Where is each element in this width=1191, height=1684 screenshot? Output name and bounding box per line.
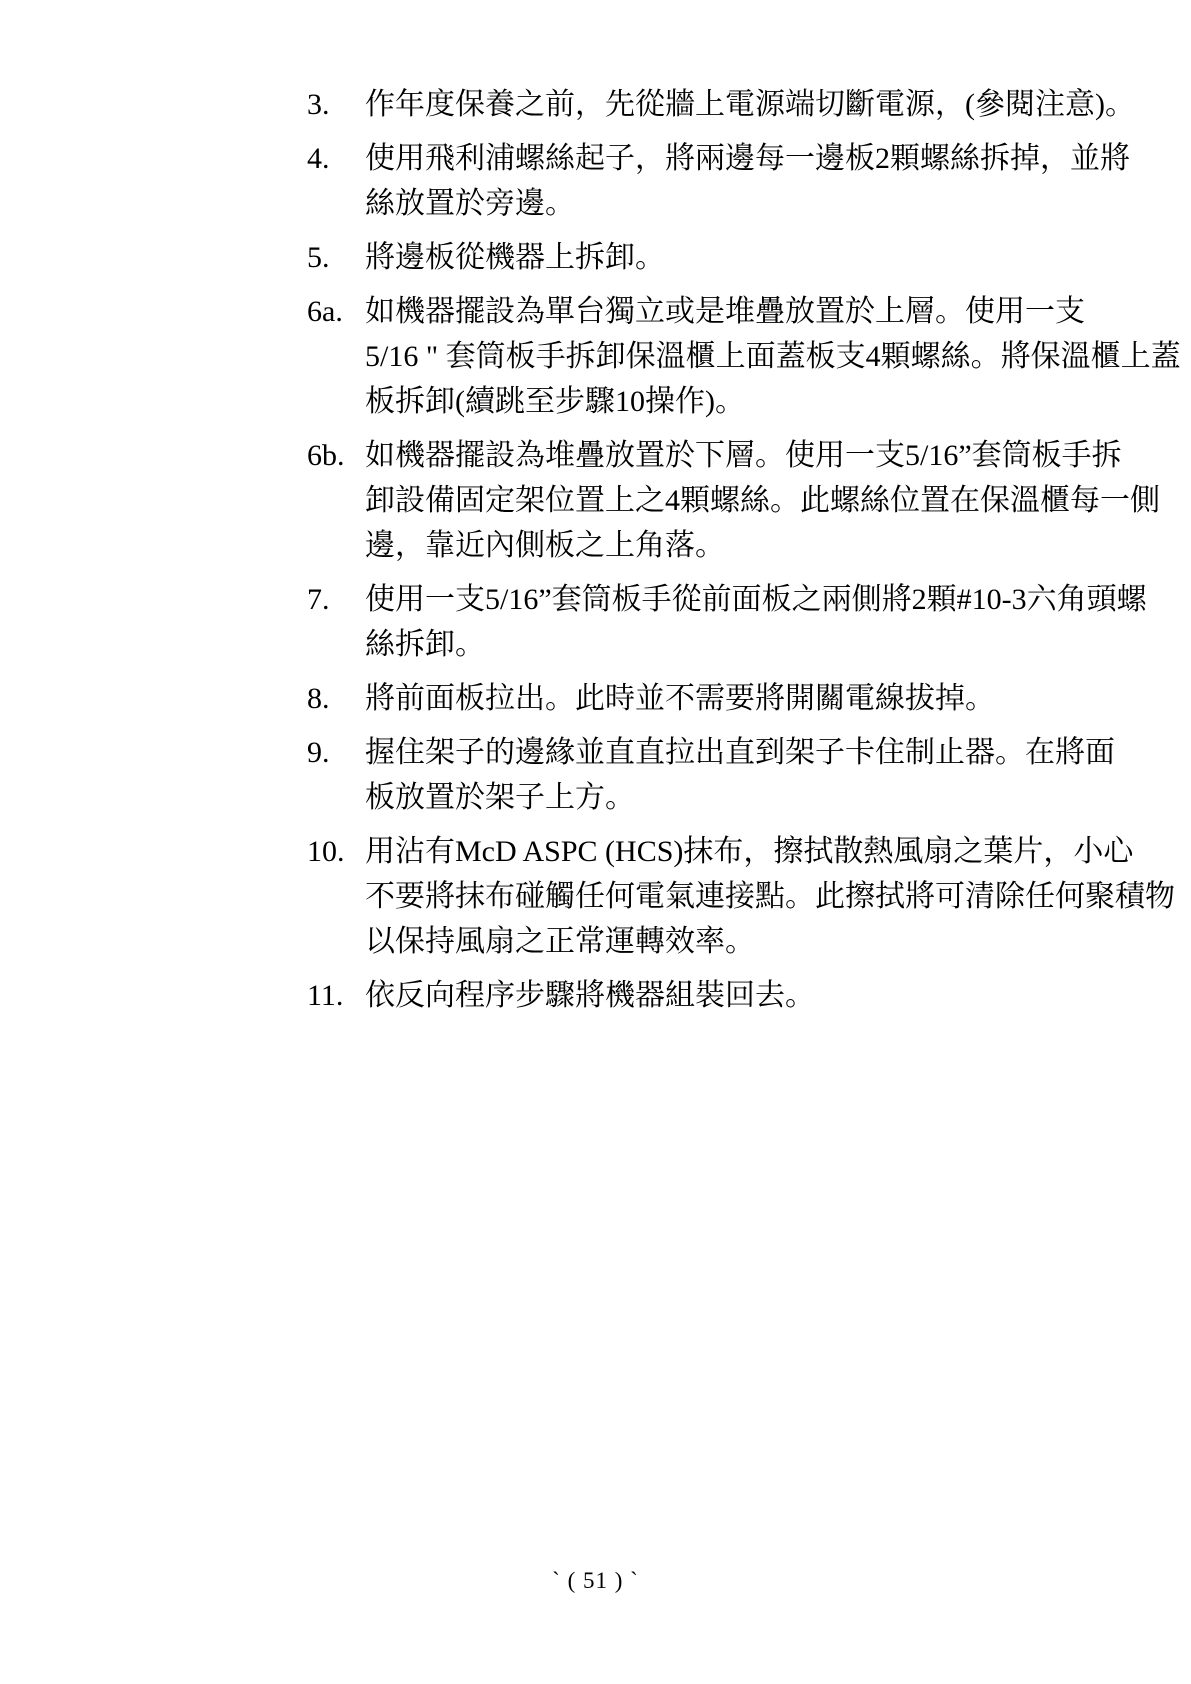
step-text: 使用飛利浦螺絲起子，將兩邊每一邊板2顆螺絲拆掉，並將絲放置於旁邊。	[365, 136, 1130, 226]
step-number: 3.	[307, 82, 365, 127]
step-text: 依反向程序步驟將機器組裝回去。	[365, 973, 1067, 1018]
document-page: 3.作年度保養之前，先從牆上電源端切斷電源，(參閱注意)。4.使用飛利浦螺絲起子…	[0, 0, 1191, 1684]
list-item: 5.將邊板從機器上拆卸。	[307, 235, 1067, 280]
step-number: 9.	[307, 730, 365, 775]
step-text: 作年度保養之前，先從牆上電源端切斷電源，(參閱注意)。	[365, 82, 1135, 127]
step-text: 握住架子的邊緣並直直拉出直到架子卡住制止器。在將面板放置於架子上方。	[365, 730, 1115, 820]
step-number: 6a.	[307, 289, 365, 334]
list-item: 6a.如機器擺設為單台獨立或是堆疊放置於上層。使用一支5/16 " 套筒板手拆卸…	[307, 289, 1067, 424]
step-text: 將前面板拉出。此時並不需要將開關電線拔掉。	[365, 676, 1067, 721]
list-item: 3.作年度保養之前，先從牆上電源端切斷電源，(參閱注意)。	[307, 82, 1067, 127]
step-number: 4.	[307, 136, 365, 181]
step-number: 8.	[307, 676, 365, 721]
list-item: 9.握住架子的邊緣並直直拉出直到架子卡住制止器。在將面板放置於架子上方。	[307, 730, 1067, 820]
step-text: 用沾有McD ASPC (HCS)抹布，擦拭散熱風扇之葉片，小心不要將抹布碰觸任…	[365, 829, 1175, 964]
list-item: 7.使用一支5/16”套筒板手從前面板之兩側將2顆#10-3六角頭螺絲拆卸。	[307, 577, 1067, 667]
list-item: 4.使用飛利浦螺絲起子，將兩邊每一邊板2顆螺絲拆掉，並將絲放置於旁邊。	[307, 136, 1067, 226]
instruction-list: 3.作年度保養之前，先從牆上電源端切斷電源，(參閱注意)。4.使用飛利浦螺絲起子…	[307, 82, 1067, 1027]
step-number: 7.	[307, 577, 365, 622]
page-number: ` ( 51 ) `	[0, 1566, 1191, 1596]
step-text: 將邊板從機器上拆卸。	[365, 235, 1067, 280]
step-number: 6b.	[307, 433, 365, 478]
list-item: 6b.如機器擺設為堆疊放置於下層。使用一支5/16”套筒板手拆卸設備固定架位置上…	[307, 433, 1067, 568]
step-text: 使用一支5/16”套筒板手從前面板之兩側將2顆#10-3六角頭螺絲拆卸。	[365, 577, 1147, 667]
step-number: 10.	[307, 829, 365, 874]
list-item: 10.用沾有McD ASPC (HCS)抹布，擦拭散熱風扇之葉片，小心不要將抹布…	[307, 829, 1067, 964]
step-text: 如機器擺設為堆疊放置於下層。使用一支5/16”套筒板手拆卸設備固定架位置上之4顆…	[365, 433, 1160, 568]
step-number: 5.	[307, 235, 365, 280]
step-number: 11.	[307, 973, 365, 1018]
list-item: 11.依反向程序步驟將機器組裝回去。	[307, 973, 1067, 1018]
list-item: 8.將前面板拉出。此時並不需要將開關電線拔掉。	[307, 676, 1067, 721]
step-text: 如機器擺設為單台獨立或是堆疊放置於上層。使用一支5/16 " 套筒板手拆卸保溫櫃…	[365, 289, 1181, 424]
